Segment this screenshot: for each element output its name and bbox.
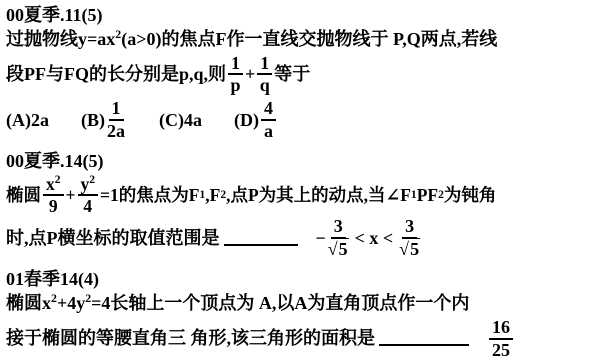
problem-2-header: 00夏季.14(5) (6, 150, 589, 173)
answer-blank (224, 231, 298, 246)
problem-2-line-1-text-a: 椭圆 (6, 183, 41, 208)
fraction-16-over-25: 1625 (489, 318, 513, 360)
problem-1-line-2: 段PF与FQ的长分别是p,q,则1p+1q等于 (6, 53, 589, 97)
fraction-numerator: 4 (261, 99, 276, 121)
problem-3-line-1-text-b: +4y (57, 293, 85, 313)
superscript-2: 2 (55, 174, 61, 186)
problem-2-line-1-text-f: 为钝角 (444, 183, 497, 208)
answer-blank (379, 331, 469, 346)
problem-2: 00夏季.14(5) 椭圆x29+y24=1的焦点为F1,F2,点P为其上的动点… (6, 150, 589, 260)
problem-1-header: 00夏季.11(5) (6, 4, 589, 27)
fraction-denominator: 2a (107, 121, 125, 141)
problem-2-line-1: 椭圆x29+y24=1的焦点为F1,F2,点P为其上的动点,当∠F1PF2为钝角 (6, 174, 589, 217)
fraction-denominator: p (231, 75, 241, 95)
fraction-denominator: √5 (328, 239, 349, 259)
option-c-value: 4a (184, 108, 202, 133)
plus-sign: + (245, 62, 255, 87)
problem-3-line-1: 椭圆x2+4y2=4长轴上一个顶点为 A,以A为直角顶点作一个内 (6, 291, 589, 316)
option-c-label: (C) (159, 108, 184, 133)
radical-sign: √ (328, 239, 338, 259)
fraction-denominator: √5 (399, 239, 420, 259)
fraction-numerator: 1 (257, 54, 272, 76)
problem-3-header: 01春季14(4) (6, 268, 589, 291)
problem-3-line-1-text-a: 椭圆x (6, 293, 51, 313)
radicand: 5 (338, 238, 349, 259)
plus-sign: + (66, 183, 76, 208)
fraction-3-over-sqrt5: 3√5 (399, 217, 420, 259)
problem-2-line-2: 时,点P横坐标的取值范围是−3√5< x <3√5 (6, 216, 589, 260)
problem-2-line-1-text-d: ,点P为其上的动点,当∠F (226, 183, 411, 208)
fraction-3-over-sqrt5: 3√5 (328, 217, 349, 259)
fraction-denominator: q (260, 75, 270, 95)
fraction-numerator: 3 (402, 217, 417, 239)
variable-x: x (46, 174, 55, 194)
problem-3-answer: 1625 (487, 317, 515, 360)
problem-3-line-1-text-c: =4长轴上一个顶点为 A,以A为直角顶点作一个内 (91, 293, 469, 313)
fraction-numerator: y2 (78, 175, 99, 196)
problem-2-answer: −3√5< x <3√5 (316, 216, 423, 260)
problem-2-line-1-text-e: PF (417, 183, 438, 208)
fraction-1-over-q: 1q (257, 54, 272, 96)
option-b-label: (B) (81, 108, 105, 133)
fraction-denominator: 25 (492, 340, 510, 360)
minus-sign: − (316, 226, 326, 251)
fraction-x2-over-9: x29 (43, 175, 64, 216)
problem-1-line-1-text-b: (a>0)的焦点F作一直线交抛物线于 P,Q两点,若线 (121, 29, 497, 49)
problem-2-line-2-text-a: 时,点P横坐标的取值范围是 (6, 226, 220, 251)
fraction-numerator: x2 (43, 175, 64, 196)
fraction-1-over-p: 1p (228, 54, 243, 96)
problem-3-line-2-text-a: 接于椭圆的等腰直角三 角形,该三角形的面积是 (6, 326, 375, 351)
option-d-label: (D) (234, 108, 259, 133)
fraction-denominator: a (264, 121, 273, 141)
fraction-y2-over-4: y24 (78, 175, 99, 216)
radicand: 5 (409, 238, 420, 259)
option-a-label: (A) (6, 108, 31, 133)
problem-1-line-2-text-b: 等于 (274, 62, 310, 87)
radical-sign: √ (399, 239, 409, 259)
option-d: (D)4a (234, 98, 278, 142)
problem-2-line-1-text-b: =1的焦点为F (100, 183, 199, 208)
problem-3: 01春季14(4) 椭圆x2+4y2=4长轴上一个顶点为 A,以A为直角顶点作一… (6, 268, 589, 360)
option-b: (B)12a (81, 98, 127, 142)
fraction-denominator: 9 (49, 196, 58, 215)
document-page: 00夏季.11(5) 过抛物线y=ax2(a>0)的焦点F作一直线交抛物线于 P… (0, 0, 595, 360)
superscript-2: 2 (89, 174, 95, 186)
variable-y: y (81, 174, 90, 194)
fraction-numerator: 1 (228, 54, 243, 76)
problem-1-line-1-text-a: 过抛物线y=ax (6, 29, 115, 49)
fraction-numerator: 3 (331, 217, 346, 239)
option-a-value: 2a (31, 108, 49, 133)
problem-2-line-1-text-c: ,F (205, 183, 220, 208)
problem-1-options: (A)2a (B)12a (C)4a (D)4a (6, 98, 589, 142)
fraction-numerator: 16 (489, 318, 513, 340)
problem-1-line-2-text-a: 段PF与FQ的长分别是p,q,则 (6, 62, 226, 87)
fraction-denominator: 4 (83, 196, 92, 215)
option-c: (C)4a (159, 108, 202, 133)
problem-1-line-1: 过抛物线y=ax2(a>0)的焦点F作一直线交抛物线于 P,Q两点,若线 (6, 27, 589, 52)
fraction-numerator: 1 (109, 99, 124, 121)
problem-1: 00夏季.11(5) 过抛物线y=ax2(a>0)的焦点F作一直线交抛物线于 P… (6, 4, 589, 142)
option-a: (A)2a (6, 108, 49, 133)
inequality-relation: < x < (355, 226, 394, 251)
fraction-1-over-2a: 12a (107, 99, 125, 141)
fraction-4-over-a: 4a (261, 99, 276, 141)
problem-3-line-2: 接于椭圆的等腰直角三 角形,该三角形的面积是1625 (6, 317, 589, 360)
